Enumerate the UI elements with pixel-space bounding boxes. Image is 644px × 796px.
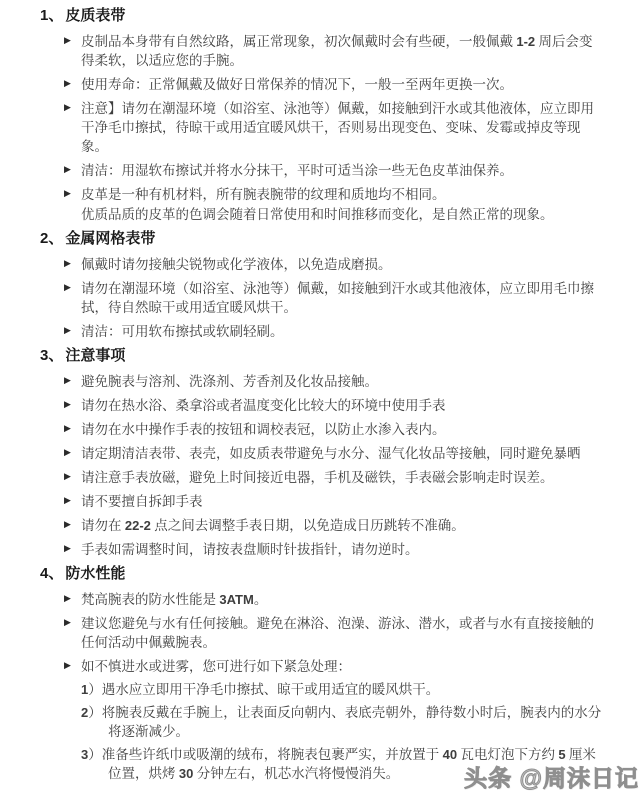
section-items: ▶ 皮制品本身带有自然纹路，属正常现象，初次佩戴时会有些硬，一般佩戴 1-2 周…: [40, 32, 604, 224]
bullet-body: 使用寿命：正常佩戴及做好日常保养的情况下，一般一至两年更换一次。: [81, 75, 604, 94]
section-number: 4、: [40, 565, 63, 582]
bullet-item: ▶ 使用寿命：正常佩戴及做好日常保养的情况下，一般一至两年更换一次。: [64, 75, 604, 94]
bullet-body: 请勿在 22-2 点之间去调整手表日期，以免造成日历跳转不准确。: [81, 516, 604, 535]
section-heading: 2、金属网格表带: [40, 229, 604, 249]
section-title: 注意事项: [65, 347, 125, 364]
bullet-text: 如不慎进水或进雾，您可进行如下紧急处理：: [81, 657, 604, 676]
bullet-body: 手表如需调整时间，请按表盘顺时针拔指针，请勿逆时。: [81, 540, 604, 559]
section-title: 金属网格表带: [65, 230, 155, 247]
bullet-body: 避免腕表与溶剂、洗涤剂、芳香剂及化妆品接触。: [81, 372, 604, 391]
section-number: 3、: [40, 347, 63, 364]
bullet-body: 清洁：可用软布擦拭或软刷轻刷。: [81, 322, 604, 341]
bullet-item: ▶ 佩戴时请勿接触尖锐物或化学液体，以免造成磨损。: [64, 255, 604, 274]
section-items: ▶ 佩戴时请勿接触尖锐物或化学液体，以免造成磨损。 ▶ 请勿在潮湿环境（如浴室、…: [40, 255, 604, 341]
section-items: ▶ 避免腕表与溶剂、洗涤剂、芳香剂及化妆品接触。 ▶ 请勿在热水浴、桑拿浴或者温…: [40, 372, 604, 559]
triangle-bullet-icon: ▶: [64, 657, 81, 676]
section-title: 防水性能: [65, 565, 125, 582]
triangle-bullet-icon: ▶: [64, 396, 81, 415]
triangle-bullet-icon: ▶: [64, 590, 81, 609]
bullet-extra-line: 优质品质的皮革的色调会随着日常使用和时间推移而变化，是自然正常的现象。: [81, 205, 604, 224]
bullet-item: ▶ 梵高腕表的防水性能是 3ATM。: [64, 590, 604, 609]
triangle-bullet-icon: ▶: [64, 255, 81, 274]
triangle-bullet-icon: ▶: [64, 468, 81, 487]
bullet-text: 皮革是一种有机材料，所有腕表腕带的纹理和质地均不相同。: [81, 185, 604, 204]
bullet-text: 请定期清洁表带、表壳，如皮质表带避免与水分、湿气化妆品等接触，同时避免暴晒: [81, 444, 604, 463]
bullet-item: ▶ 清洁：用湿软布擦试并将水分抹干，平时可适当涂一些无色皮革油保养。: [64, 161, 604, 180]
bullet-body: 佩戴时请勿接触尖锐物或化学液体，以免造成磨损。: [81, 255, 604, 274]
step-item: 2）将腕表反戴在手腕上，让表面反向朝内、表底壳朝外，静待数小时后，腕表内的水分将…: [81, 703, 604, 741]
triangle-bullet-icon: ▶: [64, 444, 81, 463]
section-number: 1、: [40, 7, 63, 24]
bullet-item: ▶ 请勿在热水浴、桑拿浴或者温度变化比较大的环境中使用手表: [64, 396, 604, 415]
section-number: 2、: [40, 230, 63, 247]
triangle-bullet-icon: ▶: [64, 99, 81, 118]
bullet-body: 注意】请勿在潮湿环境（如浴室、泳池等）佩戴，如接触到汗水或其他液体，应立即用干净…: [81, 99, 604, 156]
bullet-item: ▶ 清洁：可用软布擦拭或软刷轻刷。: [64, 322, 604, 341]
bullet-body: 皮革是一种有机材料，所有腕表腕带的纹理和质地均不相同。 优质品质的皮革的色调会随…: [81, 185, 604, 224]
bullet-item: ▶ 手表如需调整时间，请按表盘顺时针拔指针，请勿逆时。: [64, 540, 604, 559]
bullet-item: ▶ 皮制品本身带有自然纹路，属正常现象，初次佩戴时会有些硬，一般佩戴 1-2 周…: [64, 32, 604, 70]
document-page: 1、皮质表带 ▶ 皮制品本身带有自然纹路，属正常现象，初次佩戴时会有些硬，一般佩…: [0, 0, 644, 796]
section-title: 皮质表带: [65, 7, 125, 24]
document-section: 3、注意事项 ▶ 避免腕表与溶剂、洗涤剂、芳香剂及化妆品接触。 ▶ 请勿在热水浴…: [40, 346, 604, 559]
bullet-text: 请勿在热水浴、桑拿浴或者温度变化比较大的环境中使用手表: [81, 396, 604, 415]
section-heading: 4、防水性能: [40, 564, 604, 584]
section-heading: 1、皮质表带: [40, 6, 604, 26]
bullet-text: 佩戴时请勿接触尖锐物或化学液体，以免造成磨损。: [81, 255, 604, 274]
triangle-bullet-icon: ▶: [64, 516, 81, 535]
bullet-text: 手表如需调整时间，请按表盘顺时针拔指针，请勿逆时。: [81, 540, 604, 559]
triangle-bullet-icon: ▶: [64, 372, 81, 391]
bullet-item: ▶ 请不要擅自拆卸手表: [64, 492, 604, 511]
bullet-text: 使用寿命：正常佩戴及做好日常保养的情况下，一般一至两年更换一次。: [81, 75, 604, 94]
triangle-bullet-icon: ▶: [64, 322, 81, 341]
triangle-bullet-icon: ▶: [64, 161, 81, 180]
bullet-body: 建议您避免与水有任何接触。避免在淋浴、泡澡、游泳、潜水，或者与水有直接接触的任何…: [81, 614, 604, 652]
bullet-item: ▶ 请勿在潮湿环境（如浴室、泳池等）佩戴，如接触到汗水或其他液体，应立即用毛巾擦…: [64, 279, 604, 317]
document-section: 1、皮质表带 ▶ 皮制品本身带有自然纹路，属正常现象，初次佩戴时会有些硬，一般佩…: [40, 6, 604, 224]
document-section: 4、防水性能 ▶ 梵高腕表的防水性能是 3ATM。 ▶ 建议您避免与水有任何接触…: [40, 564, 604, 783]
bullet-text: 注意】请勿在潮湿环境（如浴室、泳池等）佩戴，如接触到汗水或其他液体，应立即用干净…: [81, 99, 604, 156]
bullet-text: 请注意手表放磁，避免上时间接近电器，手机及磁铁，手表磁会影响走时误差。: [81, 468, 604, 487]
bullet-text: 梵高腕表的防水性能是 3ATM。: [81, 590, 604, 609]
bullet-text: 清洁：可用软布擦拭或软刷轻刷。: [81, 322, 604, 341]
triangle-bullet-icon: ▶: [64, 420, 81, 439]
bullet-text: 请勿在 22-2 点之间去调整手表日期，以免造成日历跳转不准确。: [81, 516, 604, 535]
bullet-text: 请勿在水中操作手表的按钮和调校表冠，以防止水渗入表内。: [81, 420, 604, 439]
bullet-text: 清洁：用湿软布擦试并将水分抹干，平时可适当涂一些无色皮革油保养。: [81, 161, 604, 180]
triangle-bullet-icon: ▶: [64, 75, 81, 94]
bullet-text: 皮制品本身带有自然纹路，属正常现象，初次佩戴时会有些硬，一般佩戴 1-2 周后会…: [81, 32, 604, 70]
section-items: ▶ 梵高腕表的防水性能是 3ATM。 ▶ 建议您避免与水有任何接触。避免在淋浴、…: [40, 590, 604, 783]
bullet-item: ▶ 请勿在 22-2 点之间去调整手表日期，以免造成日历跳转不准确。: [64, 516, 604, 535]
triangle-bullet-icon: ▶: [64, 614, 81, 633]
bullet-item: ▶ 请定期清洁表带、表壳，如皮质表带避免与水分、湿气化妆品等接触，同时避免暴晒: [64, 444, 604, 463]
step-item: 1）遇水应立即用干净毛巾擦拭、晾干或用适宜的暖风烘干。: [81, 680, 604, 699]
bullet-body: 清洁：用湿软布擦试并将水分抹干，平时可适当涂一些无色皮革油保养。: [81, 161, 604, 180]
bullet-item: ▶ 注意】请勿在潮湿环境（如浴室、泳池等）佩戴，如接触到汗水或其他液体，应立即用…: [64, 99, 604, 156]
bullet-item: ▶ 建议您避免与水有任何接触。避免在淋浴、泡澡、游泳、潜水，或者与水有直接接触的…: [64, 614, 604, 652]
bullet-item: ▶ 皮革是一种有机材料，所有腕表腕带的纹理和质地均不相同。 优质品质的皮革的色调…: [64, 185, 604, 224]
bullet-item: ▶ 避免腕表与溶剂、洗涤剂、芳香剂及化妆品接触。: [64, 372, 604, 391]
triangle-bullet-icon: ▶: [64, 279, 81, 298]
section-heading: 3、注意事项: [40, 346, 604, 366]
bullet-item: ▶ 请注意手表放磁，避免上时间接近电器，手机及磁铁，手表磁会影响走时误差。: [64, 468, 604, 487]
bullet-text: 请不要擅自拆卸手表: [81, 492, 604, 511]
document-section: 2、金属网格表带 ▶ 佩戴时请勿接触尖锐物或化学液体，以免造成磨损。 ▶ 请勿在…: [40, 229, 604, 341]
triangle-bullet-icon: ▶: [64, 32, 81, 51]
triangle-bullet-icon: ▶: [64, 185, 81, 204]
bullet-body: 皮制品本身带有自然纹路，属正常现象，初次佩戴时会有些硬，一般佩戴 1-2 周后会…: [81, 32, 604, 70]
bullet-body: 请定期清洁表带、表壳，如皮质表带避免与水分、湿气化妆品等接触，同时避免暴晒: [81, 444, 604, 463]
watermark: 头条 @周沫日记: [464, 760, 639, 793]
bullet-body: 梵高腕表的防水性能是 3ATM。: [81, 590, 604, 609]
bullet-body: 请勿在热水浴、桑拿浴或者温度变化比较大的环境中使用手表: [81, 396, 604, 415]
triangle-bullet-icon: ▶: [64, 540, 81, 559]
bullet-text: 避免腕表与溶剂、洗涤剂、芳香剂及化妆品接触。: [81, 372, 604, 391]
document-body: 1、皮质表带 ▶ 皮制品本身带有自然纹路，属正常现象，初次佩戴时会有些硬，一般佩…: [40, 6, 604, 783]
bullet-text: 请勿在潮湿环境（如浴室、泳池等）佩戴，如接触到汗水或其他液体，应立即用毛巾擦拭，…: [81, 279, 604, 317]
bullet-body: 请注意手表放磁，避免上时间接近电器，手机及磁铁，手表磁会影响走时误差。: [81, 468, 604, 487]
bullet-text: 建议您避免与水有任何接触。避免在淋浴、泡澡、游泳、潜水，或者与水有直接接触的任何…: [81, 614, 604, 652]
triangle-bullet-icon: ▶: [64, 492, 81, 511]
bullet-item: ▶ 请勿在水中操作手表的按钮和调校表冠，以防止水渗入表内。: [64, 420, 604, 439]
bullet-body: 请不要擅自拆卸手表: [81, 492, 604, 511]
bullet-body: 请勿在潮湿环境（如浴室、泳池等）佩戴，如接触到汗水或其他液体，应立即用毛巾擦拭，…: [81, 279, 604, 317]
bullet-body: 请勿在水中操作手表的按钮和调校表冠，以防止水渗入表内。: [81, 420, 604, 439]
